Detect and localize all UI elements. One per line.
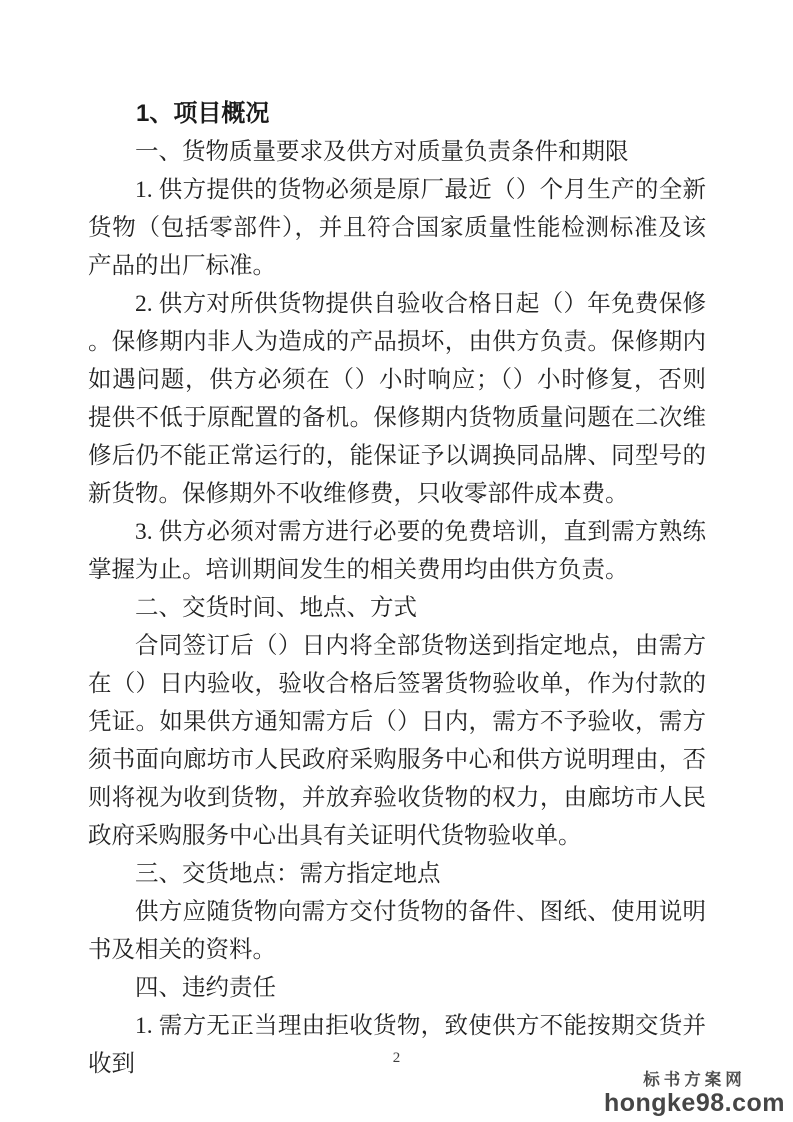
document-body: 1、项目概况 一、货物质量要求及供方对质量负责条件和期限1. 供方提供的货物必须…: [88, 95, 706, 1083]
page-number: 2: [0, 1050, 793, 1067]
paragraph: 合同签订后（）日内将全部货物送到指定地点，由需方在（）日内验收，验收合格后签署货…: [88, 627, 706, 855]
site-logo-domain: hongke98.com: [604, 1090, 785, 1116]
paragraph: 2. 供方对所供货物提供自验收合格日起（）年免费保修。保修期内非人为造成的产品损…: [88, 285, 706, 513]
section-heading: 1、项目概况: [88, 95, 706, 133]
paragraph: 供方应随货物向需方交付货物的备件、图纸、使用说明书及相关的资料。: [88, 893, 706, 969]
document-page: 1、项目概况 一、货物质量要求及供方对质量负责条件和期限1. 供方提供的货物必须…: [0, 0, 793, 1122]
paragraph: 1. 供方提供的货物必须是原厂最近（）个月生产的全新货物（包括零部件），并且符合…: [88, 171, 706, 285]
paragraph: 二、交货时间、地点、方式: [88, 589, 706, 627]
site-logo: 标书方案网 hongke98.com: [604, 1072, 785, 1116]
paragraph: 3. 供方必须对需方进行必要的免费培训，直到需方熟练掌握为止。培训期间发生的相关…: [88, 513, 706, 589]
paragraph: 三、交货地点：需方指定地点: [88, 855, 706, 893]
paragraph: 一、货物质量要求及供方对质量负责条件和期限: [88, 133, 706, 171]
site-logo-title: 标书方案网: [643, 1072, 746, 1089]
paragraph: 四、违约责任: [88, 969, 706, 1007]
